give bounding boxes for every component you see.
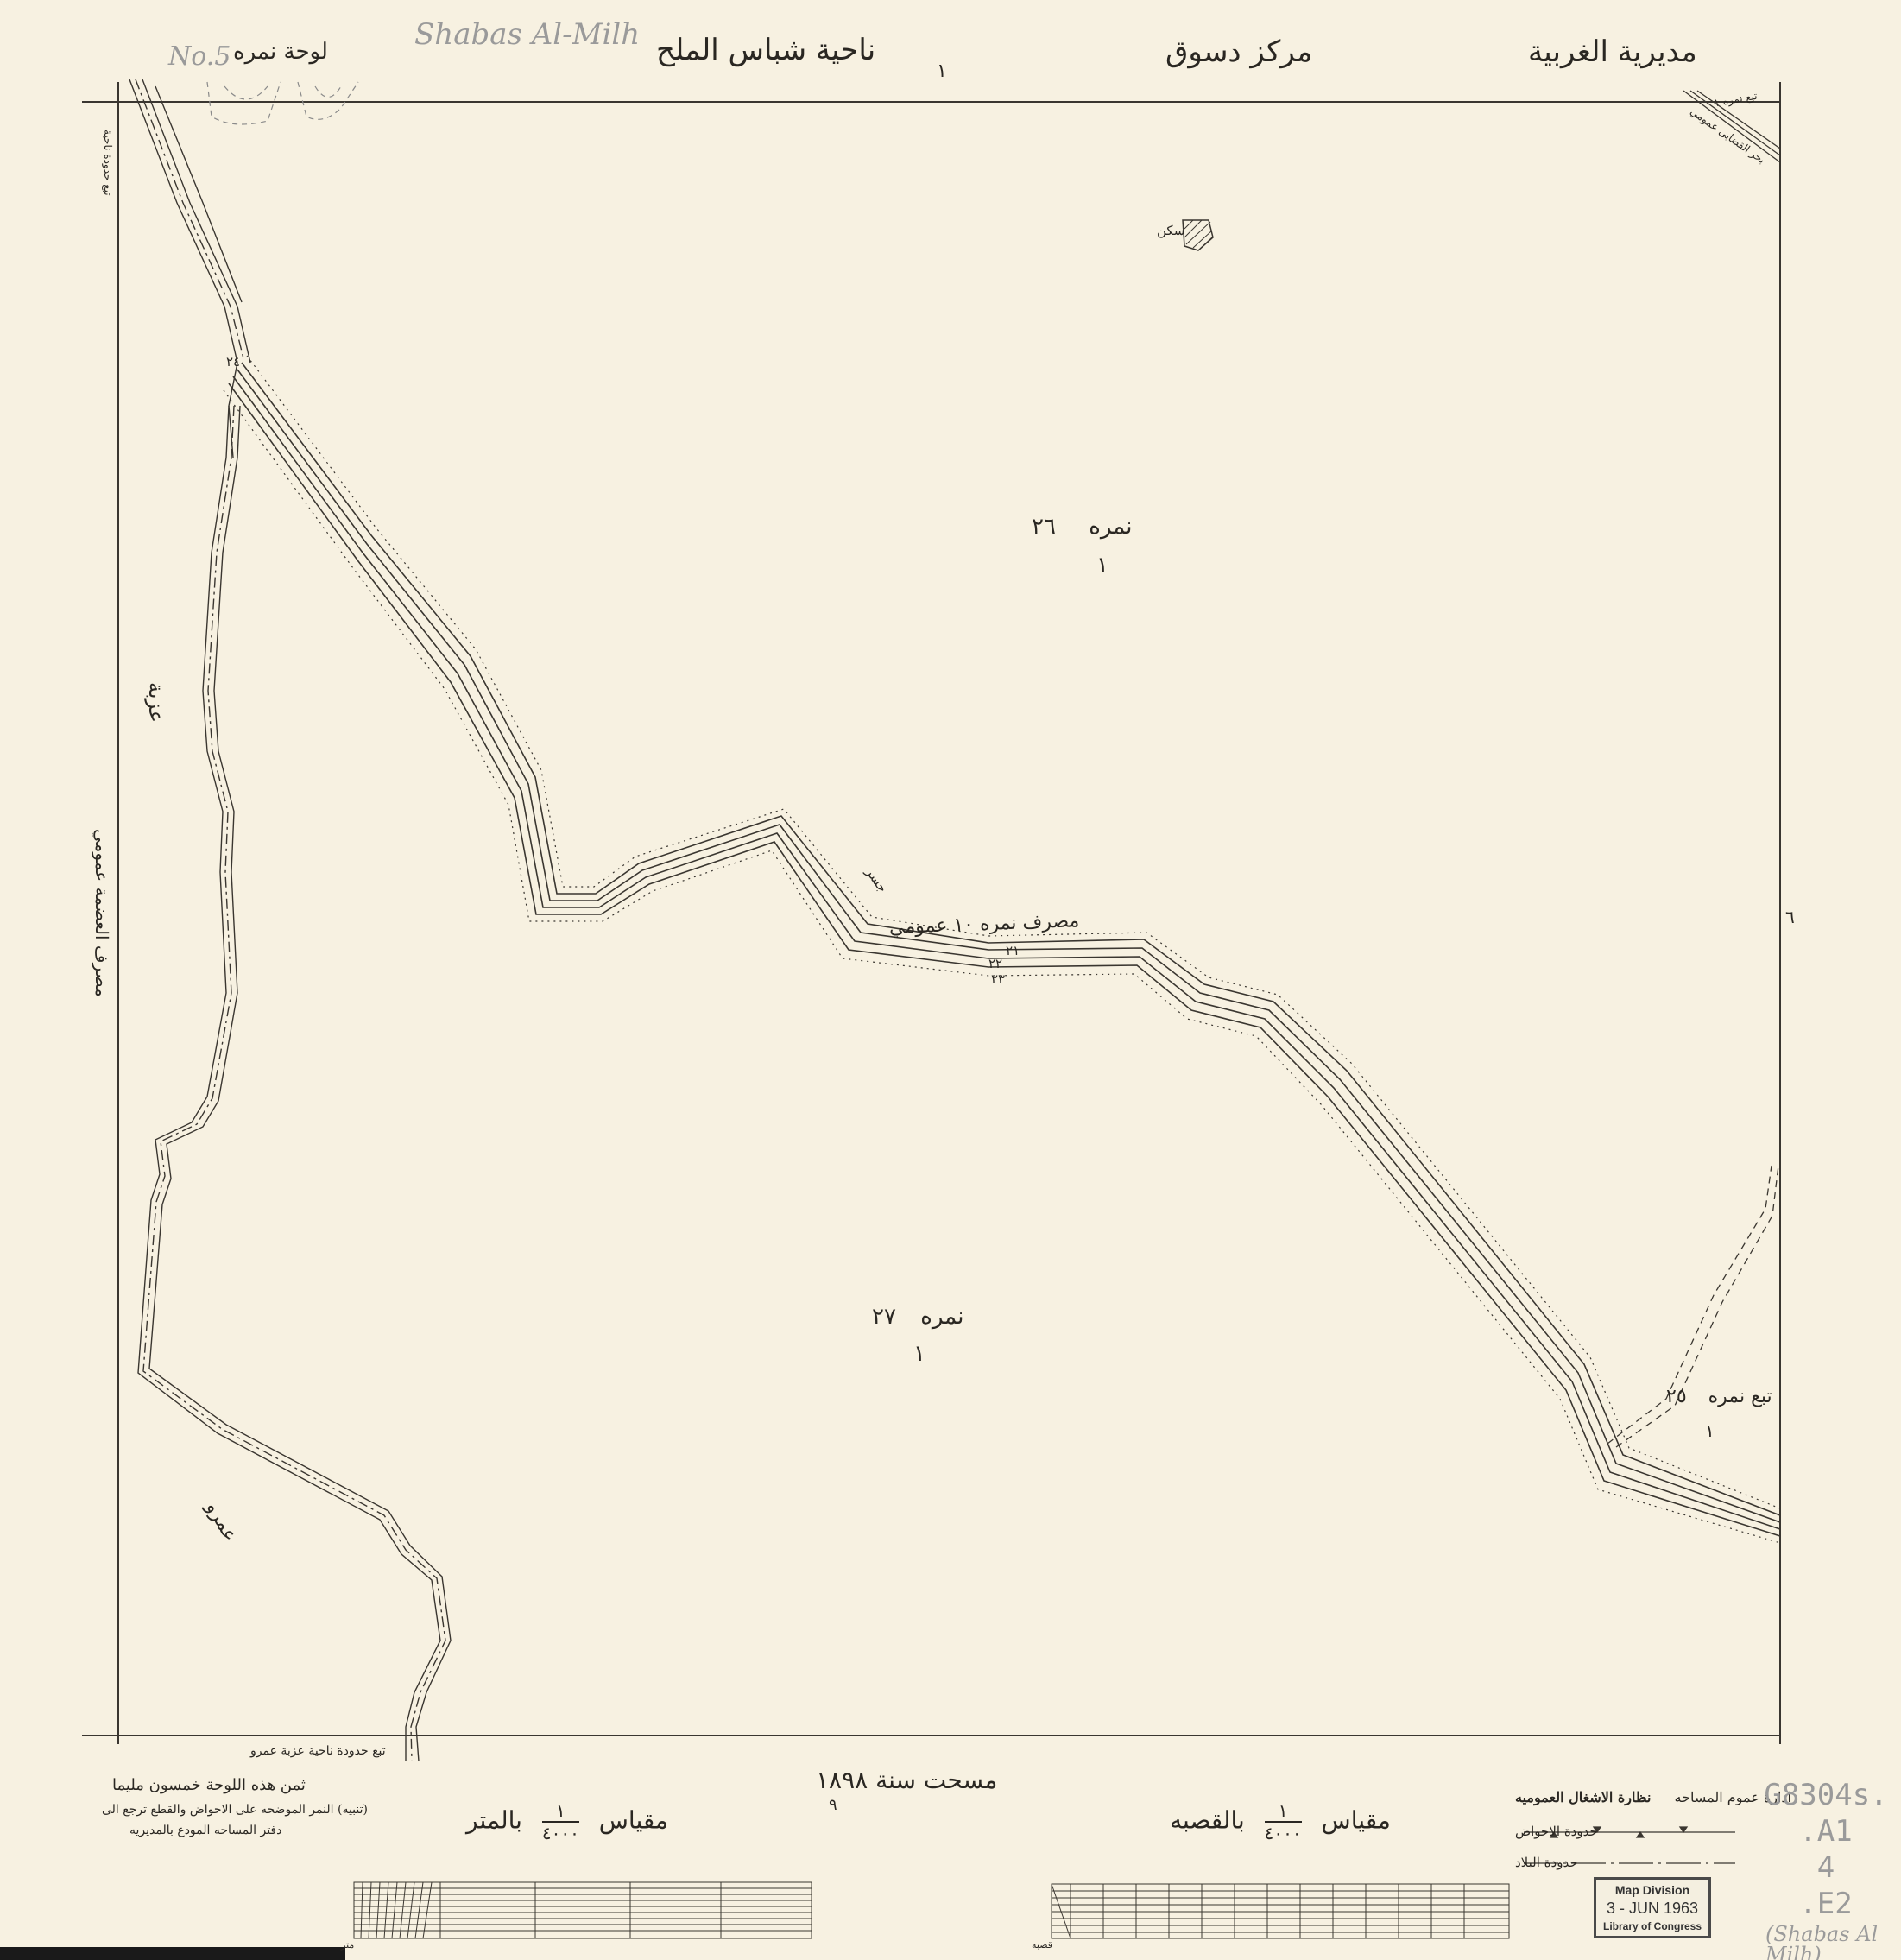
left-drain [138,406,451,1761]
scale-qasaba-title: مقياس ١ ٤٠٠٠ بالقصبه [1170,1800,1391,1843]
drain-marker-21: ٢١ [1006,943,1020,958]
warning-note-2: دفتر المساحه المودع بالمديريه [129,1824,281,1837]
sheet-number-pencil: No.5 [168,41,231,72]
survey-year: مسحت سنة ١٨٩٨ [816,1766,997,1794]
habitation-label: سكن [1157,223,1184,238]
library-stamp: Map Division 3 - JUN 1963 Library of Con… [1594,1877,1711,1938]
map-linework [0,0,1901,1960]
place-name-pencil: Shabas Al-Milh [414,17,640,52]
call-number-note: (Shabas Al Milh) [1765,1924,1895,1960]
warning-note-1: (تنبيه) النمر الموضحه على الاحواض والقطع… [102,1803,368,1817]
parcel-26-sub: ١ [1096,553,1108,579]
legend-village: حدودة البلاد [1515,1855,1578,1870]
ezba-label: عزبة [144,682,168,723]
main-drain [229,363,1780,1536]
upper-channel [129,79,250,458]
call-number: G8304s. .A1 4 .E2 [1761,1777,1891,1922]
right-edge-mark: ٦ [1785,907,1795,927]
scale-meter-end: متر [341,1939,354,1951]
scale-qasaba-end: قصبه [1032,1939,1052,1951]
parcel-27-sub: ١ [913,1341,925,1367]
top-mark: ١ [937,60,947,82]
neatline [82,82,1780,1744]
scale-bar-qasaba [1052,1884,1509,1938]
legend-basin: حدودة الاحواض [1515,1824,1598,1839]
price-note: ثمن هذه اللوحة خمسون مليما [112,1776,306,1794]
parcel-26-label: نمره ٢٦ [1032,514,1132,540]
subdistrict-title: ناحية شباس الملح [656,33,875,67]
governorate-title: مديرية الغربية [1528,35,1697,69]
adjacent-parcel-25: تبع نمره ٢٥ [1666,1386,1772,1407]
drain-marker-22: ٢٢ [988,956,1002,971]
left-border-note: تبع حدودة ناحية [102,130,114,196]
junction-24: ٢٤ [226,354,240,370]
district-title: مركز دسوق [1165,35,1312,69]
bottom-border-note: تبع حدودة ناحية عزبة عمرو [250,1744,386,1758]
authority-line: ادارة عموم المساحه نظارة الاشغال العمومي… [1515,1789,1791,1805]
parcel-27-label: نمره ٢٧ [872,1304,963,1330]
scale-bar-meter [354,1882,812,1938]
survey-sub: ٩ [829,1796,837,1814]
drain-marker-23: ٢٣ [991,971,1005,987]
sheet-label: لوحة نمره [233,39,328,65]
left-drain-label: مصرف العضمة عمومي [92,829,112,997]
habitation-block [1183,220,1213,250]
adjacent-parcel-sub: ١ [1705,1420,1715,1441]
scale-meter-title: مقياس ١ ٤٠٠٠ بالمتر [466,1800,668,1843]
